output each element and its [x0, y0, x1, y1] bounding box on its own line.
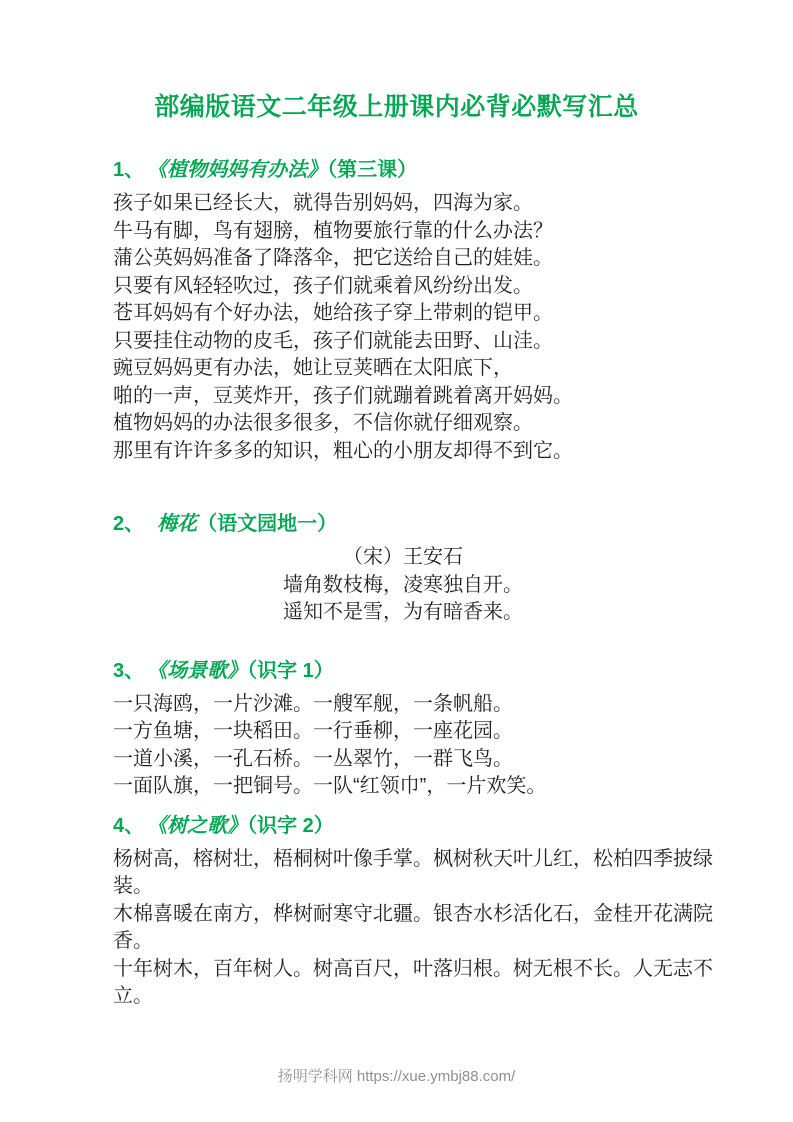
text-line: 一方鱼塘，一块稻田。一行垂柳，一座花园。 [113, 718, 693, 746]
text-line: 只要挂住动物的皮毛，孩子们就能去田野、山洼。 [113, 328, 693, 356]
text-line: 一道小溪，一孔石桥。一丛翠竹，一群飞鸟。 [113, 746, 693, 774]
text-line: 啪的一声，豆荚炸开，孩子们就蹦着跳着离开妈妈。 [113, 383, 693, 411]
text-line: 植物妈妈的办法很多很多，不信你就仔细观察。 [113, 410, 693, 438]
text-line: 一只海鸥，一片沙滩。一艘军舰，一条帆船。 [113, 691, 693, 719]
text-line: 十年树木，百年树人。树高百尺，叶落归根。树无根不长。人无志不 [113, 956, 693, 984]
lesson-note: （语文园地一） [197, 513, 337, 535]
lesson-note: （识字 2） [247, 815, 334, 837]
text-line: 木棉喜暖在南方，桦树耐寒守北疆。银杏水杉活化石，金桂开花满院 [113, 901, 693, 929]
poem-line: 遥知不是雪，为有暗香来。 [113, 599, 693, 627]
section-number: 3、 [113, 660, 144, 682]
section-tree-song: 4、《树之歌》（识字 2） 杨树高，榕树壮，梧桐树叶像手掌。枫树秋天叶儿红，松柏… [113, 814, 693, 1011]
work-title: 梅花 [157, 513, 197, 535]
work-title: 《树之歌》 [157, 815, 247, 837]
section-body: 杨树高，榕树壮，梧桐树叶像手掌。枫树秋天叶儿红，松柏四季披绿 装。 木棉喜暖在南… [113, 846, 693, 1011]
text-line: 杨树高，榕树壮，梧桐树叶像手掌。枫树秋天叶儿红，松柏四季披绿 [113, 846, 693, 874]
text-line: 香。 [113, 928, 693, 956]
text-line: 立。 [113, 983, 693, 1011]
section-heading: 2、梅花（语文园地一） [113, 512, 693, 537]
section-number: 2、 [113, 513, 144, 535]
page-title: 部编版语文二年级上册课内必背必默写汇总 [0, 0, 793, 121]
poem-author: （宋）王安石 [113, 544, 693, 572]
document-content: 1、《植物妈妈有办法》（第三课） 孩子如果已经长大，就得告别妈妈，四海为家。 牛… [0, 158, 793, 1011]
section-plant-mothers: 1、《植物妈妈有办法》（第三课） 孩子如果已经长大，就得告别妈妈，四海为家。 牛… [113, 158, 693, 465]
section-heading: 4、《树之歌》（识字 2） [113, 814, 693, 839]
text-line: 蒲公英妈妈准备了降落伞，把它送给自己的娃娃。 [113, 245, 693, 273]
lesson-note: （识字 1） [247, 660, 334, 682]
footer-watermark: 扬明学科网 https://xue.ymbj88.com/ [0, 1068, 793, 1086]
lesson-note: （第三课） [327, 159, 417, 181]
section-scene-song: 3、《场景歌》（识字 1） 一只海鸥，一片沙滩。一艘军舰，一条帆船。 一方鱼塘，… [113, 659, 693, 801]
text-line: 装。 [113, 873, 693, 901]
section-number: 4、 [113, 815, 144, 837]
work-title: 《植物妈妈有办法》 [157, 159, 327, 181]
text-line: 豌豆妈妈更有办法，她让豆荚晒在太阳底下， [113, 355, 693, 383]
poem-body: （宋）王安石 墙角数枝梅，凌寒独自开。 遥知不是雪，为有暗香来。 [113, 544, 693, 627]
document-page: 部编版语文二年级上册课内必背必默写汇总 1、《植物妈妈有办法》（第三课） 孩子如… [0, 0, 793, 1122]
section-body: 孩子如果已经长大，就得告别妈妈，四海为家。 牛马有脚，鸟有翅膀，植物要旅行靠的什… [113, 190, 693, 465]
text-line: 孩子如果已经长大，就得告别妈妈，四海为家。 [113, 190, 693, 218]
text-line: 牛马有脚，鸟有翅膀，植物要旅行靠的什么办法？ [113, 218, 693, 246]
poem-line: 墙角数枝梅，凌寒独自开。 [113, 572, 693, 600]
section-heading: 1、《植物妈妈有办法》（第三课） [113, 158, 693, 183]
work-title: 《场景歌》 [157, 660, 247, 682]
text-line: 一面队旗，一把铜号。一队“红领巾”，一片欢笑。 [113, 773, 693, 801]
section-number: 1、 [113, 159, 144, 181]
section-body: 一只海鸥，一片沙滩。一艘军舰，一条帆船。 一方鱼塘，一块稻田。一行垂柳，一座花园… [113, 691, 693, 801]
text-line: 那里有许许多多的知识，粗心的小朋友却得不到它。 [113, 438, 693, 466]
text-line: 只要有风轻轻吹过，孩子们就乘着风纷纷出发。 [113, 273, 693, 301]
section-heading: 3、《场景歌》（识字 1） [113, 659, 693, 684]
text-line: 苍耳妈妈有个好办法，她给孩子穿上带刺的铠甲。 [113, 300, 693, 328]
section-plum-blossom: 2、梅花（语文园地一） （宋）王安石 墙角数枝梅，凌寒独自开。 遥知不是雪，为有… [113, 512, 693, 627]
